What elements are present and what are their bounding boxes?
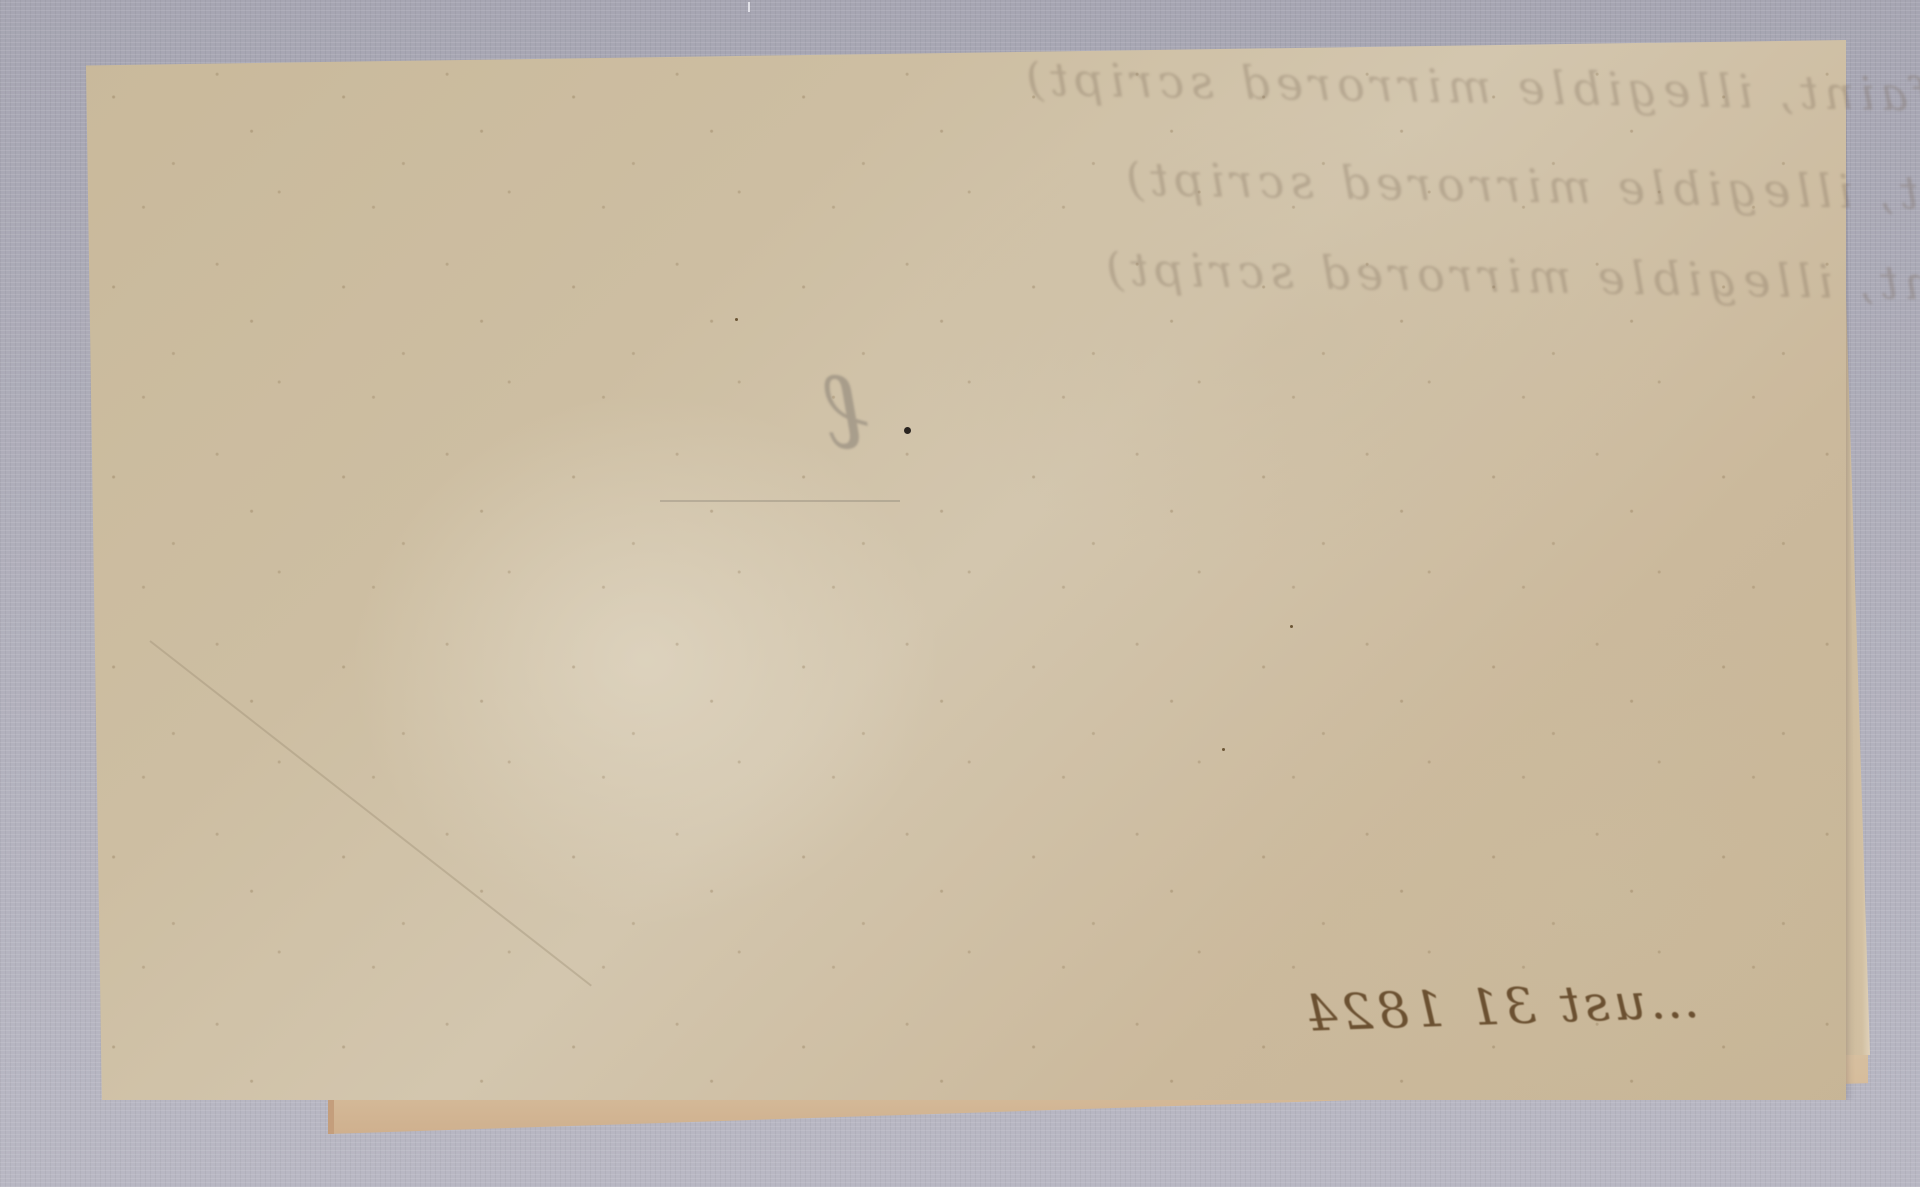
ink-speck — [1290, 625, 1293, 628]
pencil-mark: ℓ — [690, 355, 870, 505]
background-speck — [748, 2, 750, 12]
document-photo: (faint, illegible mirrored script) (fain… — [0, 0, 1920, 1187]
ink-speck — [735, 318, 738, 321]
back-sheet-edge — [328, 1100, 334, 1134]
ink-speck — [904, 427, 911, 434]
pencil-underline — [660, 500, 900, 502]
ink-speck — [1222, 748, 1225, 751]
